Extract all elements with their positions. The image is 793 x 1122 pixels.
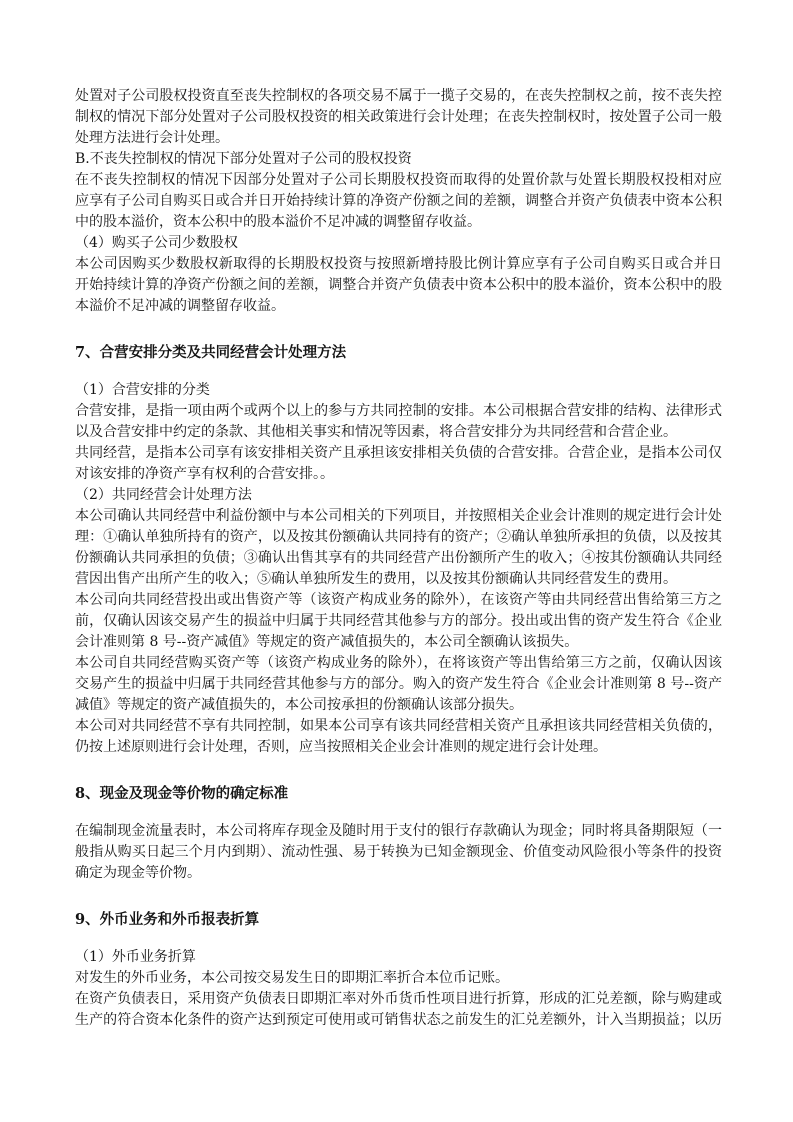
text-line: B.不丧失控制权的情况下部分处置对子公司的股权投资 (75, 149, 722, 170)
paragraph: 在不丧失控制权的情况下因部分处置对子公司长期股权投资而取得的处置价款与处置长期股… (75, 170, 722, 233)
text-line: 交易产生的损益中归属于共同经营其他参与方的部分。购入的资产发生符合《企业会计准则… (75, 674, 722, 695)
text-line: 应享有子公司自购买日或合并日开始持续计算的净资产份额之间的差额，调整合并资产负债… (75, 191, 722, 212)
text-line: 处置对子公司股权投资直至丧失控制权的各项交易不属于一揽子交易的，在丧失控制权之前… (75, 86, 722, 107)
text-line: 本公司对共同经营不享有共同控制，如果本公司享有该共同经营相关资产且承担该共同经营… (75, 716, 722, 737)
section-heading: 7、合营安排分类及共同经营会计处理方法 (75, 342, 722, 363)
text-line: （1）合营安排的分类 (75, 380, 722, 401)
text-line: 份额确认共同承担的负债；③确认出售其享有的共同经营产出份额所产生的收入；④按其份… (75, 548, 722, 569)
document-content: 处置对子公司股权投资直至丧失控制权的各项交易不属于一揽子交易的，在丧失控制权之前… (75, 86, 722, 1031)
text-line: 减值》等规定的资产减值损失的，本公司按承担的份额确认该部分损失。 (75, 695, 722, 716)
text-line: 制权的情况下部分处置对子公司股权投资的相关政策进行会计处理；在丧失控制权时，按处… (75, 107, 722, 128)
text-line: 本公司确认共同经营中利益份额中与本公司相关的下列项目，并按照相关企业会计准则的规… (75, 506, 722, 527)
text-line: 合营安排，是指一项由两个或两个以上的参与方共同控制的安排。本公司根据合营安排的结… (75, 401, 722, 422)
text-line: 共同经营，是指本公司享有该安排相关资产且承担该安排相关负债的合营安排。合营企业，… (75, 443, 722, 464)
text-line: 在不丧失控制权的情况下因部分处置对子公司长期股权投资而取得的处置价款与处置长期股… (75, 170, 722, 191)
document-page: 处置对子公司股权投资直至丧失控制权的各项交易不属于一揽子交易的，在丧失控制权之前… (0, 0, 793, 1122)
text-line: 在资产负债表日，采用资产负债表日即期汇率对外币货币性项目进行折算，形成的汇兑差额… (75, 989, 722, 1010)
text-line: 理：①确认单独所持有的资产，以及按其份额确认共同持有的资产；②确认单独所承担的负… (75, 527, 722, 548)
text-line: 中的股本溢价，资本公积中的股本溢价不足冲减的调整留存收益。 (75, 212, 722, 233)
section-heading: 8、现金及现金等价物的确定标准 (75, 783, 722, 804)
text-line: 本公司自共同经营购买资产等（该资产构成业务的除外），在将该资产等出售给第三方之前… (75, 653, 722, 674)
paragraph: 在资产负债表日，采用资产负债表日即期汇率对外币货币性项目进行折算，形成的汇兑差额… (75, 989, 722, 1031)
text-line: 前，仅确认因该交易产生的损益中归属于共同经营其他参与方的部分。投出或出售的资产发… (75, 611, 722, 632)
paragraph: 本公司对共同经营不享有共同控制，如果本公司享有该共同经营相关资产且承担该共同经营… (75, 716, 722, 758)
text-line: 对该安排的净资产享有权利的合营安排。。 (75, 464, 722, 485)
text-line: 仍按上述原则进行会计处理，否则，应当按照相关企业会计准则的规定进行会计处理。 (75, 737, 722, 758)
paragraph: 本公司确认共同经营中利益份额中与本公司相关的下列项目，并按照相关企业会计准则的规… (75, 506, 722, 590)
paragraph: 本公司因购买少数股权新取得的长期股权投资与按照新增持股比例计算应享有子公司自购买… (75, 254, 722, 317)
text-line: （1）外币业务折算 (75, 947, 722, 968)
paragraph: 对发生的外币业务，本公司按交易发生日的即期汇率折合本位币记账。 (75, 968, 722, 989)
text-line: 在编制现金流量表时，本公司将库存现金及随时用于支付的银行存款确认为现金；同时将具… (75, 821, 722, 842)
section-heading: 9、外币业务和外币报表折算 (75, 909, 722, 930)
paragraph: （1）合营安排的分类 (75, 380, 722, 401)
text-line: 对发生的外币业务，本公司按交易发生日的即期汇率折合本位币记账。 (75, 968, 722, 989)
text-line: 营因出售产出所产生的收入；⑤确认单独所发生的费用，以及按其份额确认共同经营发生的… (75, 569, 722, 590)
text-line: 生产的符合资本化条件的资产达到预定可使用或可销售状态之前发生的汇兑差额外，计入当… (75, 1010, 722, 1031)
text-line: 本公司因购买少数股权新取得的长期股权投资与按照新增持股比例计算应享有子公司自购买… (75, 254, 722, 275)
paragraph: （1）外币业务折算 (75, 947, 722, 968)
paragraph: 合营安排，是指一项由两个或两个以上的参与方共同控制的安排。本公司根据合营安排的结… (75, 401, 722, 443)
paragraph: 共同经营，是指本公司享有该安排相关资产且承担该安排相关负债的合营安排。合营企业，… (75, 443, 722, 485)
text-line: 本公司向共同经营投出或出售资产等（该资产构成业务的除外），在该资产等由共同经营出… (75, 590, 722, 611)
text-line: 处理方法进行会计处理。 (75, 128, 722, 149)
text-line: （4）购买子公司少数股权 (75, 233, 722, 254)
paragraph: 本公司自共同经营购买资产等（该资产构成业务的除外），在将该资产等出售给第三方之前… (75, 653, 722, 716)
paragraph: 在编制现金流量表时，本公司将库存现金及随时用于支付的银行存款确认为现金；同时将具… (75, 821, 722, 884)
text-line: 开始持续计算的净资产份额之间的差额，调整合并资产负债表中资本公积中的股本溢价，资… (75, 275, 722, 296)
text-line: 确定为现金等价物。 (75, 863, 722, 884)
text-line: 本溢价不足冲减的调整留存收益。 (75, 296, 722, 317)
paragraph: （2）共同经营会计处理方法 (75, 485, 722, 506)
text-line: 以及合营安排中约定的条款、其他相关事实和情况等因素，将合营安排分为共同经营和合营… (75, 422, 722, 443)
paragraph: 处置对子公司股权投资直至丧失控制权的各项交易不属于一揽子交易的，在丧失控制权之前… (75, 86, 722, 149)
text-line: （2）共同经营会计处理方法 (75, 485, 722, 506)
paragraph: B.不丧失控制权的情况下部分处置对子公司的股权投资 (75, 149, 722, 170)
text-line: 会计准则第 8 号--资产减值》等规定的资产减值损失的，本公司全额确认该损失。 (75, 632, 722, 653)
paragraph: （4）购买子公司少数股权 (75, 233, 722, 254)
text-line: 般指从购买日起三个月内到期）、流动性强、易于转换为已知金额现金、价值变动风险很小… (75, 842, 722, 863)
paragraph: 本公司向共同经营投出或出售资产等（该资产构成业务的除外），在该资产等由共同经营出… (75, 590, 722, 653)
